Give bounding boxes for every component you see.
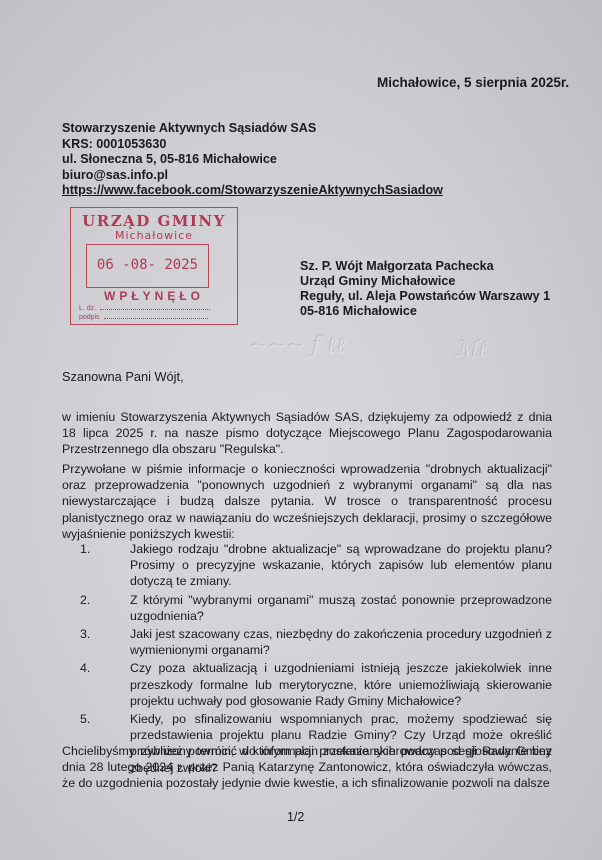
list-item-text: Jakiego rodzaju "drobne aktualizacje" są… xyxy=(130,541,552,590)
list-item-number: 4. xyxy=(62,660,130,709)
stamp-date: 06 -08- 2025 xyxy=(86,244,209,288)
paragraph-1: w imieniu Stowarzyszenia Aktywnych Sąsia… xyxy=(62,409,552,458)
list-item: 1. Jakiego rodzaju "drobne aktualizacje"… xyxy=(62,541,552,590)
embossed-signature-mark: ℳℓ xyxy=(455,337,488,363)
embossed-signature-mark: ~~~ ƒ ℓℓ xyxy=(250,333,346,359)
recipient-line-1: Sz. P. Wójt Małgorzata Pachecka xyxy=(300,259,550,274)
salutation: Szanowna Pani Wójt, xyxy=(62,369,184,384)
paragraph-2: Przywołane w piśmie informacje o koniecz… xyxy=(62,461,552,542)
list-item-number: 1. xyxy=(62,541,130,590)
list-item-text: Czy poza aktualizacją i uzgodnieniami is… xyxy=(130,660,552,709)
list-item: 4. Czy poza aktualizacją i uzgodnieniami… xyxy=(62,660,552,709)
stamp-field-ldz: L. dz. xyxy=(79,305,210,312)
sender-name: Stowarzyszenie Aktywnych Sąsiadów SAS xyxy=(62,121,443,137)
recipient-block: Sz. P. Wójt Małgorzata Pachecka Urząd Gm… xyxy=(300,259,550,319)
dotted-line xyxy=(104,318,208,319)
stamp-field-podpis-label: podpis xyxy=(79,314,100,321)
sender-block: Stowarzyszenie Aktywnych Sąsiadów SAS KR… xyxy=(62,121,443,199)
stamp-field-podpis: podpis xyxy=(79,314,208,321)
page-number: 1/2 xyxy=(287,810,304,824)
stamp-title: URZĄD GMINY xyxy=(71,212,237,230)
list-item-text: Jaki jest szacowany czas, niezbędny do z… xyxy=(130,626,552,658)
list-item-text: Z którymi "wybranymi organami" muszą zos… xyxy=(130,592,552,624)
list-item: 3. Jaki jest szacowany czas, niezbędny d… xyxy=(62,626,552,658)
list-item-number: 3. xyxy=(62,626,130,658)
dotted-line xyxy=(100,309,210,310)
recipient-line-3: Reguły, ul. Aleja Powstańców Warszawy 1 xyxy=(300,289,550,304)
sender-website: https://www.facebook.com/StowarzyszenieA… xyxy=(62,183,443,199)
place-date: Michałowice, 5 sierpnia 2025r. xyxy=(377,75,569,90)
sender-address: ul. Słoneczna 5, 05-816 Michałowice xyxy=(62,152,443,168)
received-stamp: URZĄD GMINY Michałowice 06 -08- 2025 WPŁ… xyxy=(70,207,238,325)
stamp-received: WPŁYNĘŁO xyxy=(71,289,237,303)
sender-email: biuro@sas.info.pl xyxy=(62,168,443,184)
stamp-town: Michałowice xyxy=(71,229,237,242)
letter-page: Michałowice, 5 sierpnia 2025r. Stowarzys… xyxy=(0,0,602,860)
sender-krs: KRS: 0001053630 xyxy=(62,137,443,153)
list-item-number: 2. xyxy=(62,592,130,624)
recipient-line-4: 05-816 Michałowice xyxy=(300,304,550,319)
list-item: 2. Z którymi "wybranymi organami" muszą … xyxy=(62,592,552,624)
recipient-line-2: Urząd Gminy Michałowice xyxy=(300,274,550,289)
stamp-field-ldz-label: L. dz. xyxy=(79,305,96,312)
paragraph-3: Chcielibyśmy również powrócić do informa… xyxy=(62,743,552,792)
